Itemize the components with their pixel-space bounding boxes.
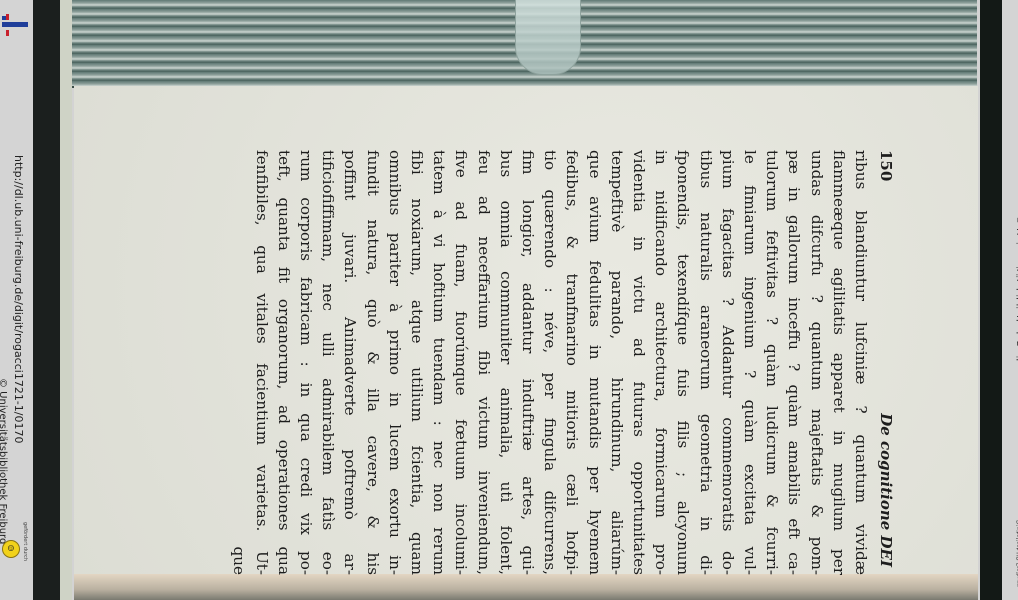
book-cover-right — [980, 0, 1002, 600]
text-line: in nidificando architectura, formicarum … — [650, 150, 672, 575]
text-line: undas difcurfu ? quantum majeftatis & po… — [805, 150, 827, 575]
text-line: tatem à vi hoftium tuendam : nec non rer… — [428, 150, 450, 575]
text-line: fenfibiles, qua vitales facientium varie… — [250, 150, 272, 575]
text-line: five ad fuam, fuorúmque fœtuum incolumi- — [450, 150, 472, 575]
text-line: bus omnia communiter animalia, utì folen… — [495, 150, 517, 575]
text-line: le fimiarum ingenium ? quàm excitata vul… — [739, 150, 761, 575]
running-head: 150 De cognitione DEI — [872, 150, 900, 575]
funding-label: gefördert durch — [22, 522, 28, 561]
page-number: 150 — [872, 150, 900, 181]
text-line: fibi noxiarum, atque utilium fcientia, q… — [406, 150, 428, 575]
viewer-left-strip: http://dl.ub.uni-freiburg.de/digit/rogac… — [0, 0, 33, 600]
text-line: fim longior, addantur induftriæ artes, q… — [517, 150, 539, 575]
text-line: rum corporis fabricam : in qua credi vix… — [295, 150, 317, 575]
page-text-block: 150 De cognitione DEI ribus blandiuntur … — [228, 150, 900, 575]
library-logo-icon[interactable] — [2, 6, 28, 40]
text-line: tulorum feftivitas ? quàm ludicrum & fcu… — [761, 150, 783, 575]
page-url[interactable]: http://dl.ub.uni-freiburg.de/digit/rogac… — [12, 155, 25, 444]
text-line: flammeæque agilitatis apparet in mugilum… — [828, 150, 850, 575]
page-bottom-edge — [74, 574, 978, 600]
text-line: videntia in victu ad futuras opportunita… — [628, 150, 650, 575]
text-line: teft, quanta fit organorum, ad operation… — [273, 150, 295, 575]
text-line: poffint juvari. Animadverte poftremò ar- — [339, 150, 361, 575]
text-line: feu ad neceffarium fibi victum inveniend… — [472, 150, 494, 575]
text-line: fedibus, & tranfmarino mitioris cæli hof… — [561, 150, 583, 575]
text-line: fundit natura, quò & illa cavere, & his — [361, 150, 383, 575]
text-line: tio quærendo : néve, per fingula difcurr… — [539, 150, 561, 575]
text-line: fponendis, texendífque fuis filis ; alcy… — [672, 150, 694, 575]
text-line: pium fagacitas ? Addantur commemoratis d… — [717, 150, 739, 575]
text-line: omnibus pariter à primo in lucem exortu … — [384, 150, 406, 575]
text-line: tificiofiffimam, nec ulli admirabilem fa… — [317, 150, 339, 575]
text-line: pæ in gallorum inceffu ? quàm amabilis e… — [783, 150, 805, 575]
running-title: De cognitione DEI — [872, 413, 900, 567]
copyright-notice: © Universitätsbibliothek Freiburg — [0, 378, 8, 544]
bookmark-clip — [515, 0, 581, 75]
text-line: tempeftivè parando, hirundinum, aliarúm- — [606, 150, 628, 575]
text-line: tibus naturalis araneorum geometria in d… — [694, 150, 716, 575]
catchword: que — [228, 150, 250, 575]
book-binding-edge — [60, 0, 72, 600]
book-cover-left — [33, 0, 60, 600]
funding-badge-icon[interactable]: ☺ — [2, 540, 20, 558]
text-line: ribus blandiuntur lufciniæ ? quantum viv… — [850, 150, 872, 575]
text-line: que avium fedulitas in mutandis per hyem… — [583, 150, 605, 575]
